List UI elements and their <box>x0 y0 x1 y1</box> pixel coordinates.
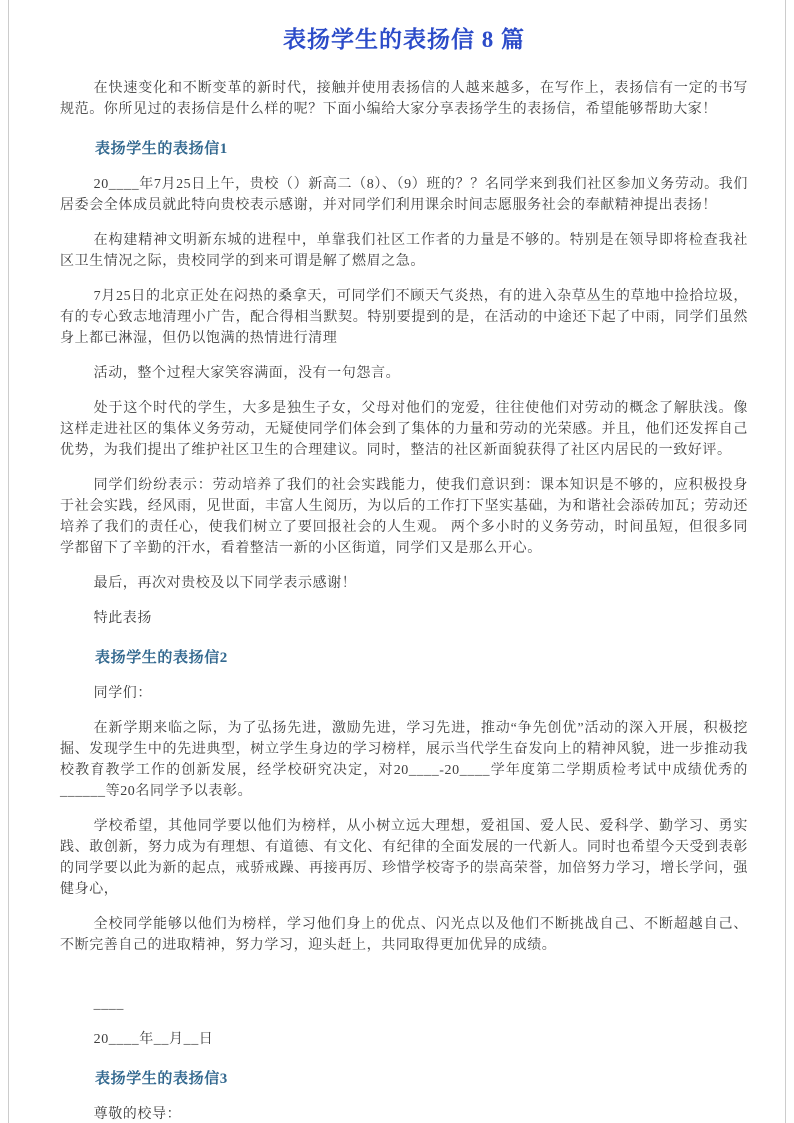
paragraph: 同学们纷纷表示：劳动培养了我们的社会实践能力，使我们意识到：课本知识是不够的，应… <box>60 475 748 559</box>
paragraph: 7月25日的北京正处在闷热的桑拿天，可同学们不顾天气炎热，有的进入杂草丛生的草地… <box>60 286 748 349</box>
section-heading-2: 表扬学生的表扬信2 <box>60 648 748 669</box>
document-content: 表扬学生的表扬信 8 篇 在快速变化和不断变革的新时代，接触并使用表扬信的人越来… <box>0 0 794 1123</box>
paragraph: 处于这个时代的学生，大多是独生子女，父母对他们的宠爱，往往使他们对劳动的概念了解… <box>60 398 748 461</box>
paragraph: 特此表扬 <box>60 608 748 629</box>
page-title: 表扬学生的表扬信 8 篇 <box>60 24 748 56</box>
intro-paragraph: 在快速变化和不断变革的新时代，接触并使用表扬信的人越来越多，在写作上，表扬信有一… <box>60 78 748 120</box>
paragraph: 在构建精神文明新东城的进程中，单靠我们社区工作者的力量是不够的。特别是在领导即将… <box>60 230 748 272</box>
section-heading-1: 表扬学生的表扬信1 <box>60 139 748 160</box>
paragraph: 学校希望，其他同学要以他们为榜样，从小树立远大理想，爱祖国、爱人民、爱科学、勤学… <box>60 816 748 900</box>
document-page: 表扬学生的表扬信 8 篇 在快速变化和不断变革的新时代，接触并使用表扬信的人越来… <box>0 0 794 1123</box>
page-right-border <box>785 0 786 1123</box>
salutation: 尊敬的校导： <box>60 1104 748 1123</box>
page-left-border <box>8 0 9 1123</box>
paragraph: 活动，整个过程大家笑容满面，没有一句怨言。 <box>60 363 748 384</box>
section-heading-3: 表扬学生的表扬信3 <box>60 1069 748 1090</box>
paragraph: 在新学期来临之际，为了弘扬先进，激励先进，学习先进，推动“争先创优”活动的深入开… <box>60 718 748 802</box>
date-line: 20____年__月__日 <box>60 1029 748 1050</box>
paragraph: 全校同学能够以他们为榜样，学习他们身上的优点、闪光点以及他们不断挑战自己、不断超… <box>60 914 748 956</box>
paragraph: 20____年7月25日上午，贵校（）新高二（8）、（9）班的？？名同学来到我们… <box>60 174 748 216</box>
signature-blank: ____ <box>60 994 748 1015</box>
salutation: 同学们： <box>60 683 748 704</box>
paragraph: 最后，再次对贵校及以下同学表示感谢！ <box>60 573 748 594</box>
